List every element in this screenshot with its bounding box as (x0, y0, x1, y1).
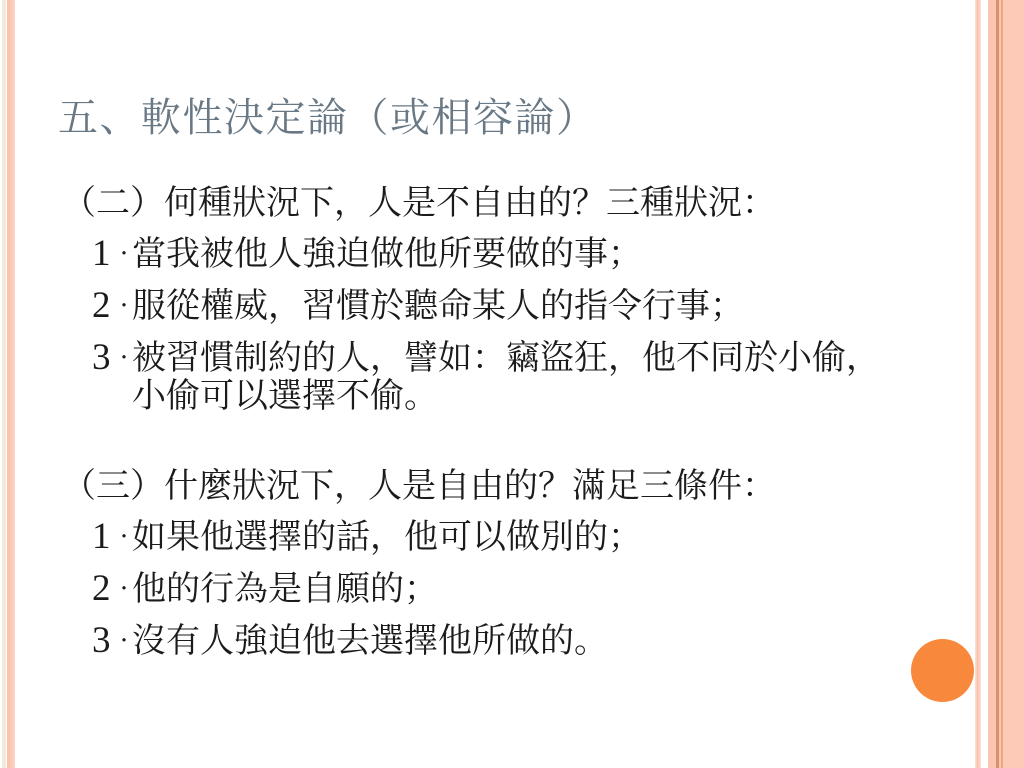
list-item: 2 · 他的行為是自願的； (92, 570, 912, 608)
item-number: 3 (92, 339, 116, 377)
item-text: 當我被他人強迫做他所要做的事； (132, 235, 642, 273)
item-separator-dot: · (116, 570, 132, 608)
presentation-slide: 五、軟性決定論（或相容論） （二）何種狀況下，人是不自由的？三種狀況： 1 · … (0, 0, 1024, 768)
list-item: 3 · 沒有人強迫他去選擇他所做的。 (92, 622, 912, 660)
item-text: 服從權威，習慣於聽命某人的指令行事； (132, 287, 744, 325)
item-text: 沒有人強迫他去選擇他所做的。 (132, 622, 608, 660)
item-number: 1 (92, 518, 116, 556)
item-separator-dot: · (116, 622, 132, 660)
section-unfree-conditions: （二）何種狀況下，人是不自由的？三種狀況： 1 · 當我被他人強迫做他所要做的事… (62, 184, 912, 415)
left-border-stripe-salmon (7, 0, 15, 768)
right-border-band-inner (1003, 0, 1024, 768)
item-text: 他的行為是自願的； (132, 570, 438, 608)
accent-circle (911, 639, 974, 702)
right-border-light-line (1001, 0, 1003, 768)
item-separator-dot: · (116, 235, 132, 273)
list-item: 3 · 被習慣制約的人，譬如：竊盜狂，他不同於小偷，小偷可以選擇不偷。 (92, 339, 912, 415)
slide-body: （二）何種狀況下，人是不自由的？三種狀況： 1 · 當我被他人強迫做他所要做的事… (62, 184, 912, 712)
list-item: 1 · 如果他選擇的話，他可以做別的； (92, 518, 912, 556)
slide-title: 五、軟性決定論（或相容論） (58, 92, 918, 144)
item-number: 2 (92, 570, 116, 608)
item-number: 2 (92, 287, 116, 325)
item-text: 被習慣制約的人，譬如：竊盜狂，他不同於小偷，小偷可以選擇不偷。 (132, 339, 904, 415)
item-separator-dot: · (116, 518, 132, 556)
item-number: 3 (92, 622, 116, 660)
right-border-band (988, 0, 1024, 768)
left-border-stripe-cream (2, 0, 6, 768)
section-free-conditions: （三）什麼狀況下，人是自由的？滿足三條件： 1 · 如果他選擇的話，他可以做別的… (62, 467, 912, 660)
item-number: 1 (92, 235, 116, 273)
list-item: 1 · 當我被他人強迫做他所要做的事； (92, 235, 912, 273)
section-header: （三）什麼狀況下，人是自由的？滿足三條件： (62, 467, 912, 505)
item-text: 如果他選擇的話，他可以做別的； (132, 518, 642, 556)
item-separator-dot: · (116, 287, 132, 325)
item-separator-dot: · (116, 339, 132, 377)
right-border-dark-line (996, 0, 999, 768)
right-border-stripe-thin (975, 0, 981, 768)
list-item: 2 · 服從權威，習慣於聽命某人的指令行事； (92, 287, 912, 325)
section-header: （二）何種狀況下，人是不自由的？三種狀況： (62, 184, 912, 222)
